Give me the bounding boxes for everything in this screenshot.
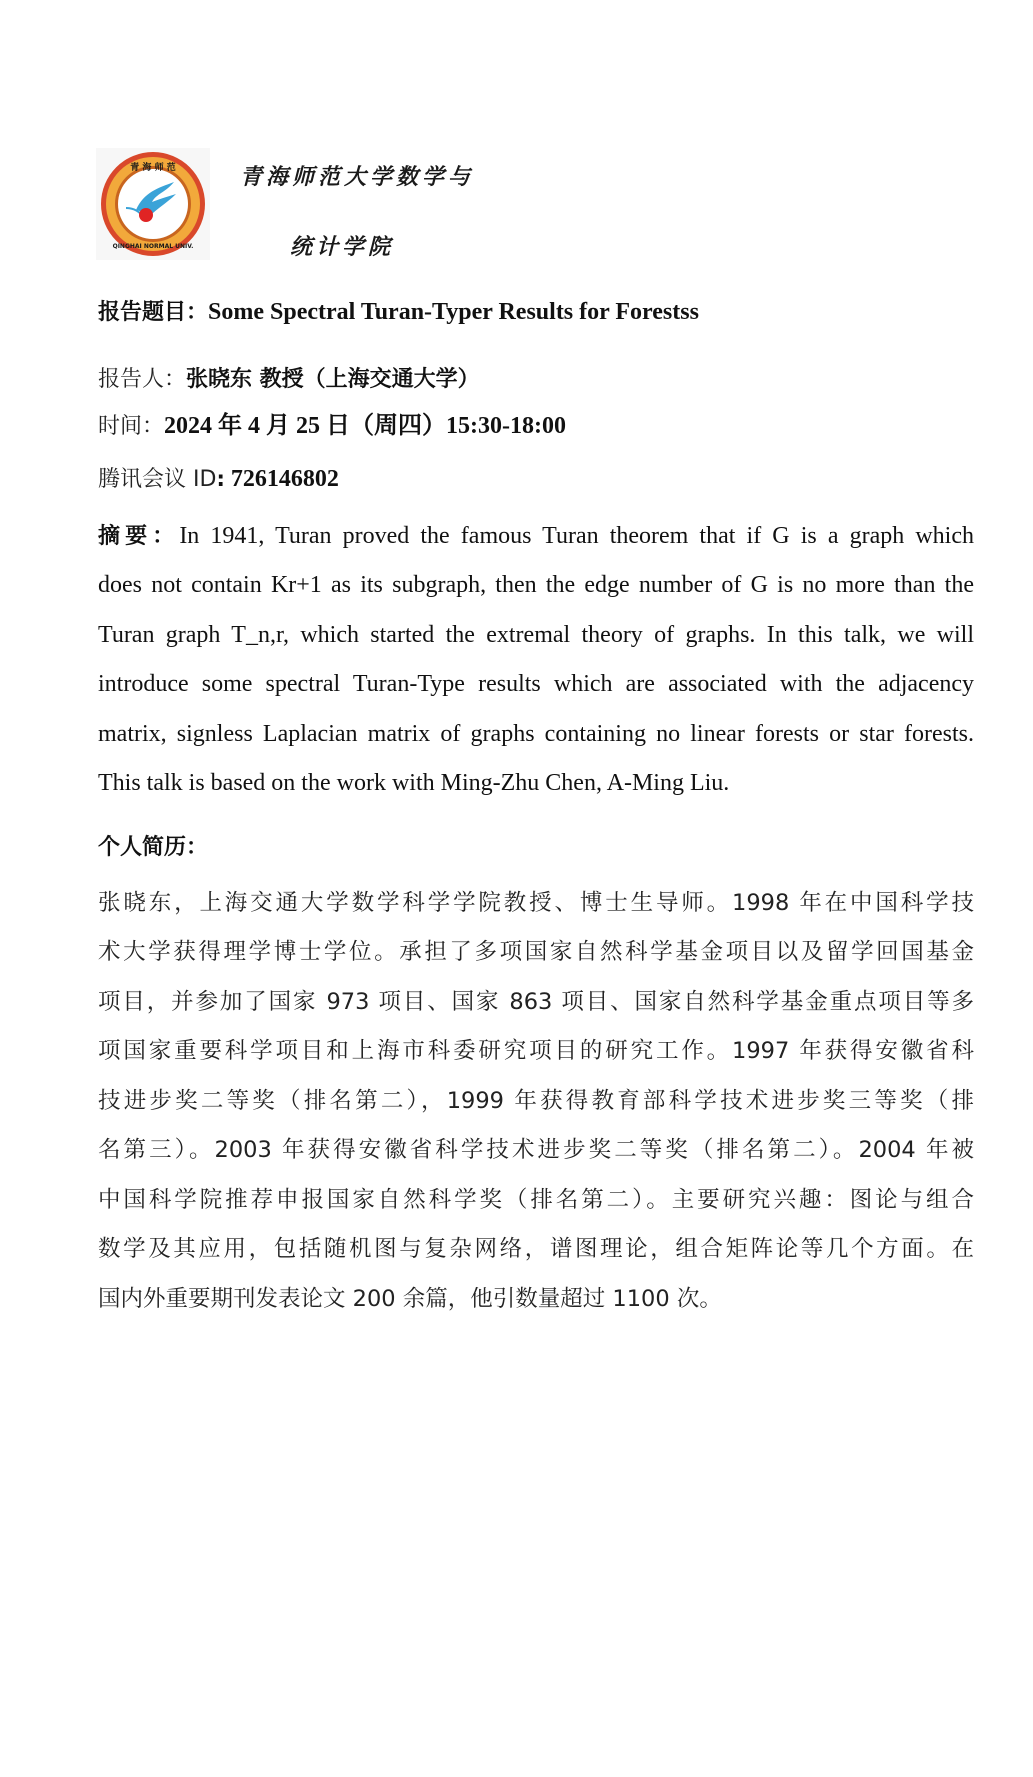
talk-time: 2024 年 4 月 25 日（周四）15:30-18:00	[164, 413, 566, 439]
bio-line: 名第三）。2003 年获得安徽省科学技术进步奖二等奖（排名第二）。2004 年被	[98, 1135, 974, 1165]
bio-heading: 个人简历：	[98, 832, 974, 863]
time-row: 时间：2024 年 4 月 25 日（周四）15:30-18:00	[98, 411, 974, 442]
abstract-line: 摘要：In 1941, Turan proved the famous Tura…	[98, 521, 974, 552]
meeting-label: 腾讯会议 ID	[98, 467, 216, 492]
bio-line: 术大学获得理学博士学位。承担了多项国家自然科学基金项目以及留学回国基金	[98, 937, 974, 967]
meeting-id: 726146802	[231, 466, 339, 492]
abstract-line: matrix, signless Laplacian matrix of gra…	[98, 719, 974, 749]
speaker-label: 报告人：	[98, 367, 186, 392]
time-label: 时间：	[98, 414, 164, 439]
meeting-row: 腾讯会议 ID: 726146802	[98, 464, 974, 495]
bio-line: 数学及其应用，包括随机图与复杂网络，谱图理论，组合矩阵论等几个方面。在	[98, 1234, 974, 1264]
university-logo: 青 海 师 范 QINGHAI NORMAL UNIV.	[96, 148, 210, 260]
bio-line: 项国家重要科学项目和上海市科委研究项目的研究工作。1997 年获得安徽省科	[98, 1036, 974, 1066]
svg-text:青 海 师 范: 青 海 师 范	[130, 161, 175, 173]
university-emblem-icon: 青 海 师 范 QINGHAI NORMAL UNIV.	[96, 148, 210, 260]
abstract-label: 摘要：	[98, 524, 179, 549]
svg-text:QINGHAI NORMAL UNIV.: QINGHAI NORMAL UNIV.	[113, 243, 194, 250]
bio-line: 中国科学院推荐申报国家自然科学奖（排名第二）。主要研究兴趣：图论与组合	[98, 1185, 974, 1215]
abstract-line: This talk is based on the work with Ming…	[98, 768, 974, 798]
abstract-line: introduce some spectral Turan-Type resul…	[98, 669, 974, 699]
meeting-colon: :	[216, 467, 224, 491]
institution-name-line2: 统计学院	[290, 230, 394, 261]
bio-line: 张晓东，上海交通大学数学科学学院教授、博士生导师。1998 年在中国科学技	[98, 888, 974, 918]
bio-line: 项目，并参加了国家 973 项目、国家 863 项目、国家自然科学基金重点项目等…	[98, 987, 974, 1017]
abstract-line: does not contain Kr+1 as its subgraph, t…	[98, 570, 974, 600]
speaker-name: 张晓东 教授（上海交通大学）	[186, 367, 480, 392]
bio-line: 国内外重要期刊发表论文 200 余篇，他引数量超过 1100 次。	[98, 1284, 974, 1314]
talk-title-row: 报告题目：Some Spectral Turan-Typer Results f…	[98, 297, 974, 328]
document-page: 青 海 师 范 QINGHAI NORMAL UNIV. 青海师范大学数学与 统…	[0, 0, 1033, 1777]
abstract-text: In 1941, Turan proved the famous Turan t…	[179, 523, 974, 549]
bio-line: 技进步奖二等奖（排名第二），1999 年获得教育部科学技术进步奖三等奖（排	[98, 1086, 974, 1116]
speaker-row: 报告人：张晓东 教授（上海交通大学）	[98, 364, 974, 395]
abstract-line: Turan graph T_n,r, which started the ext…	[98, 620, 974, 650]
bio-label: 个人简历：	[98, 835, 208, 860]
institution-name-line1: 青海师范大学数学与	[240, 160, 474, 191]
talk-title-label: 报告题目：	[98, 300, 208, 325]
talk-title: Some Spectral Turan-Typer Results for Fo…	[208, 299, 699, 325]
